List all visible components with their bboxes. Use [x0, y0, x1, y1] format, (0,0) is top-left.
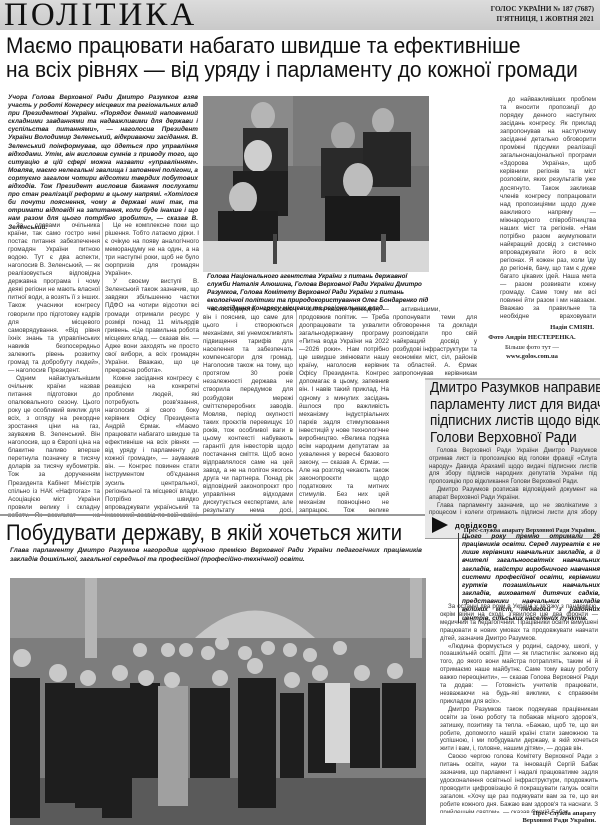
paragraph: Кожне засідання конгресу є реакцією на к… — [105, 375, 199, 517]
paragraph: Дмитро Разумков розписав відповідний док… — [429, 486, 597, 502]
paragraph: могосподарств, наголосив він і пояснив, … — [203, 306, 293, 514]
article1-column-1: За словами очільника країни, так само го… — [8, 222, 100, 517]
reference-arrow-icon — [432, 517, 448, 533]
headline-line: Голови Верховної Ради — [430, 430, 581, 447]
photo-congress-meeting — [203, 96, 429, 272]
paragraph: За словами очільника країни, так само го… — [8, 222, 100, 375]
column-divider — [102, 222, 103, 514]
headline-line: на всіх рівнях — від уряду і парламенту … — [6, 58, 555, 82]
article1-photo-credit: Фото Андрія НЕСТЕРЕНКА. — [470, 334, 594, 341]
signature-line: Верховної Ради України. — [470, 817, 596, 824]
paragraph: Глава парламенту зазначив, що не зволіка… — [429, 502, 597, 517]
issue-number: ГОЛОС УКРАЇНИ № 187 (7687) — [491, 4, 594, 14]
article3-lead: Глава парламенту Дмитро Разумков нагород… — [10, 547, 422, 564]
article1-column-2: Це не комплексне поки що рішення. Тобто … — [105, 222, 199, 517]
signature-line: Прес-служба апарату — [470, 810, 596, 817]
column-divider — [296, 306, 297, 514]
paragraph: активнішими, пропонувати теми для обгово… — [393, 306, 477, 376]
paragraph: до найважливіших проблем та вносити проп… — [500, 96, 596, 320]
section-title: ПОЛІТИКА — [4, 0, 197, 32]
paragraph: Це не комплексне поки що рішення. Тобто … — [105, 222, 199, 278]
article1-column-4: життя наших громадян, — продовжив політи… — [299, 306, 389, 514]
paragraph: Голова Верховної Ради України Дмитро Раз… — [429, 447, 597, 486]
article1-author: Надія СМІЯН. — [480, 324, 594, 331]
article2-headline: Дмитро Разумков направив апарату парламе… — [430, 380, 581, 446]
section-divider — [0, 514, 425, 516]
article3-body: За останні два роки в Україні у зв'язку … — [440, 603, 598, 813]
reference-label: довідково — [455, 521, 498, 530]
paragraph: Дмитро Разумков також подякував працівни… — [440, 706, 598, 753]
issue-info: ГОЛОС УКРАЇНИ № 187 (7687) П'ЯТНИЦЯ, 1 Ж… — [491, 4, 594, 24]
paragraph: Одним найактуальнішим очільник країни на… — [8, 375, 100, 517]
article3-photo-laureates — [10, 578, 426, 825]
issue-date: П'ЯТНИЦЯ, 1 ЖОВТНЯ 2021 — [491, 14, 594, 24]
article2-body: Голова Верховної Ради України Дмитро Раз… — [429, 447, 597, 517]
article1-headline: Маємо працювати набагато швидше та ефект… — [6, 34, 555, 82]
article1-more-photos: Більше фото тут — — [470, 344, 594, 351]
paragraph: У своєму виступі В. Зеленський також заз… — [105, 278, 199, 375]
article1-column-6: до найважливіших проблем та вносити проп… — [500, 96, 596, 320]
paragraph: За останні два роки в Україні у зв'язку … — [440, 603, 598, 643]
headline-line: Дмитро Разумков направив апарату — [430, 380, 581, 397]
headline-line: Маємо працювати набагато швидше та ефект… — [6, 34, 555, 58]
paragraph: «Людина формується у родині, садочку, шк… — [440, 643, 598, 706]
photo-group-laureates — [10, 578, 426, 825]
headline-line: підписних листів щодо відкликання — [430, 413, 581, 430]
article1-column-3: могосподарств, наголосив він і пояснив, … — [203, 306, 293, 514]
article1-photo-congress — [203, 96, 429, 272]
headline-line: парламенту лист для видачі — [430, 397, 581, 414]
paragraph: Своєю чергою голова Комітету Верховної Р… — [440, 753, 598, 813]
article1-website-link[interactable]: www.golos.com.ua — [470, 353, 594, 360]
paragraph: життя наших громадян, — продовжив політи… — [299, 306, 389, 514]
article1-lead: Учора Голова Верховної Ради Дмитро Разум… — [8, 94, 198, 232]
article1-column-5: активнішими, пропонувати теми для обгово… — [393, 306, 477, 376]
article3-headline: Побудувати державу, в якій хочеться жити — [6, 521, 402, 545]
article3-signature: Прес-служба апарату Верховної Ради Украї… — [470, 810, 596, 824]
